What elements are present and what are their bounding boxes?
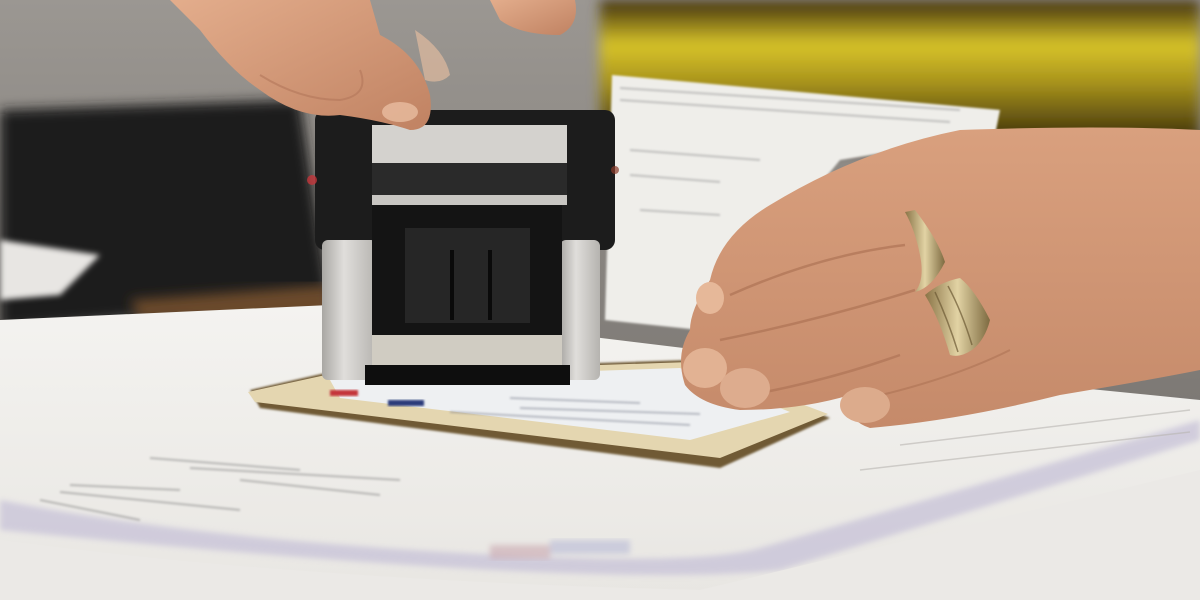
flag-red xyxy=(330,390,358,396)
flag-blue xyxy=(388,400,424,406)
stamp-ink-pad xyxy=(365,365,570,385)
stamp-leg-left xyxy=(322,240,377,380)
photo-scene: A hand pressing a self-inking rubber sta… xyxy=(0,0,1200,600)
fingertip xyxy=(683,348,727,388)
photo-illustration xyxy=(0,0,1200,600)
stamp-label xyxy=(372,125,567,165)
stamp-leg-right xyxy=(560,240,600,380)
